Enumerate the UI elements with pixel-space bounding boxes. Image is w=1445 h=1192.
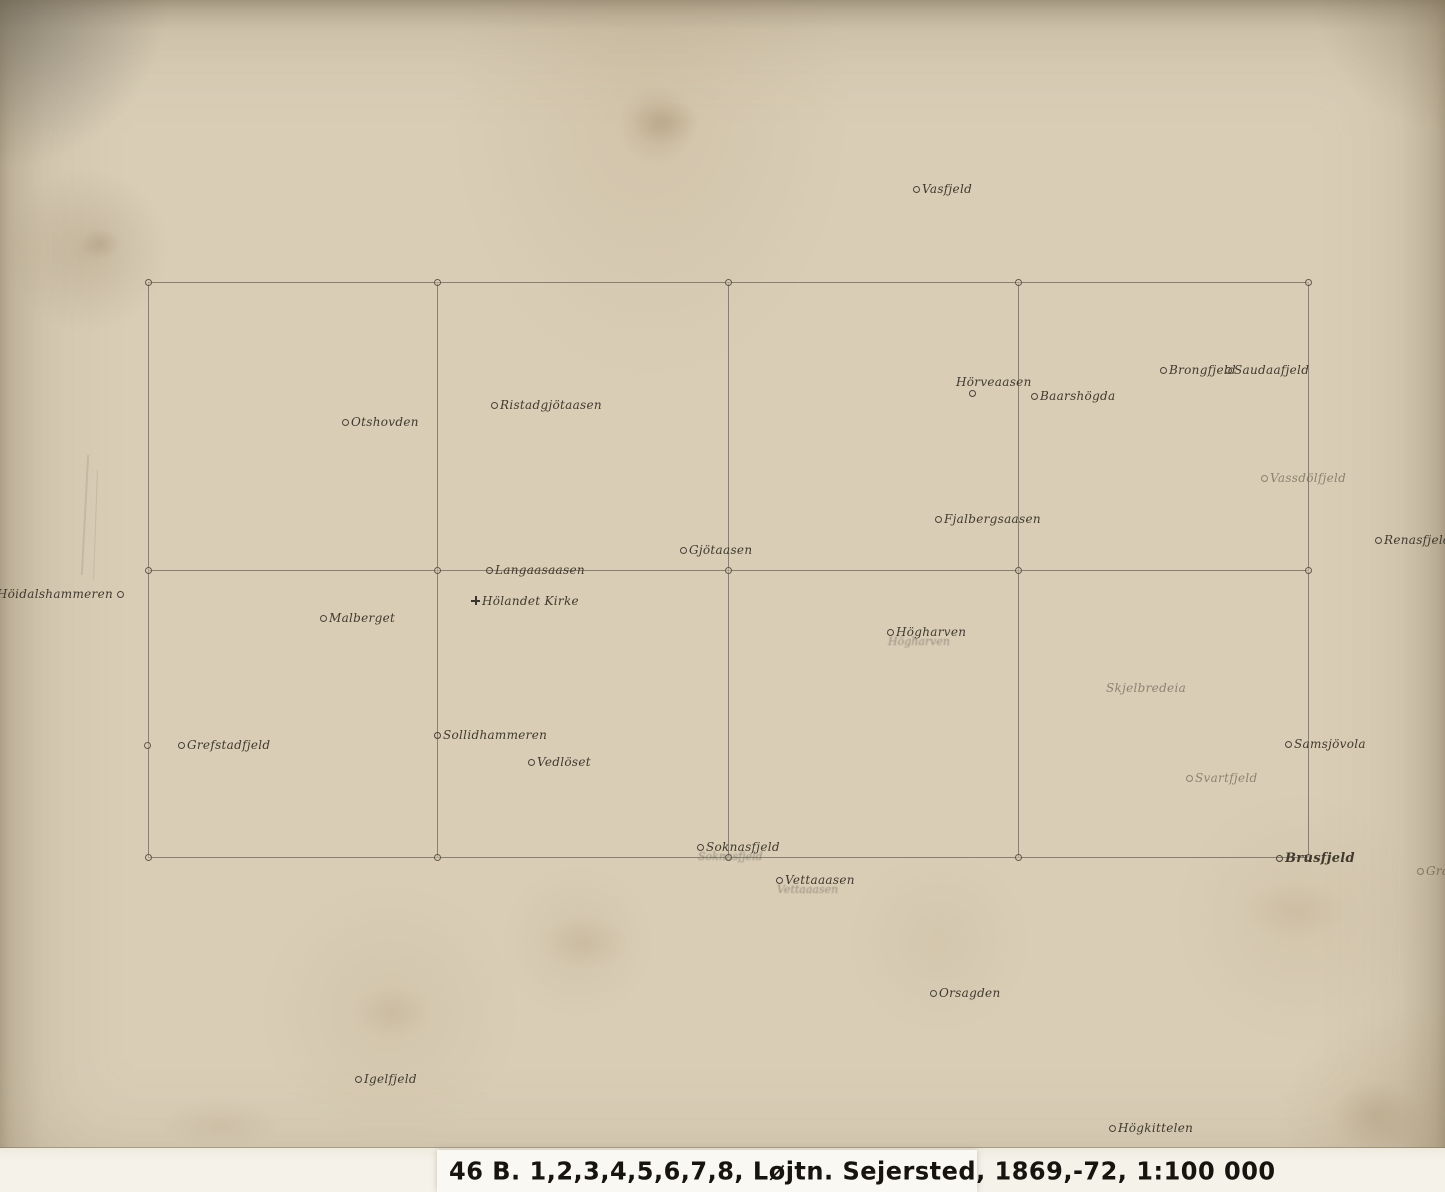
map-canvas: VasfjeldOtshovdenRistadgjötaasenHörveaas… [0,0,1445,1192]
place-name: Brusfjeld [1285,852,1355,865]
grid-corner-marker [434,854,441,861]
place-name: Svartfjeld [1195,772,1258,784]
place-name-pencil-ghost: Soknasfjeld [698,851,763,862]
circle-marker-icon [491,402,498,409]
circle-marker-icon [680,547,687,554]
grid-corner-marker [434,567,441,574]
place-name-pencil-ghost: Vettaaasen [777,884,838,895]
caption-text: 46 B. 1,2,3,4,5,6,7,8, Løjtn. Sejersted,… [449,1156,1276,1185]
circle-marker-icon [1261,475,1268,482]
place-name: Högkittelen [1118,1122,1193,1134]
place-name: Malberget [329,612,395,624]
place-name: Sollidhammeren [443,729,547,741]
circle-marker-icon [935,516,942,523]
grid-corner-marker [145,567,152,574]
circle-marker-icon [1276,855,1283,862]
place-name: Hölandet Kirke [482,595,579,607]
circle-marker-icon [1160,367,1167,374]
place-name: Renasfjeld [1384,534,1445,546]
circle-marker-icon [1417,868,1424,875]
place-name: Igelfjeld [364,1073,417,1085]
circle-marker-icon [1225,367,1232,374]
grid-corner-marker [1305,567,1312,574]
circle-marker-icon [1031,393,1038,400]
place-name: Vasfjeld [922,183,972,195]
place-name: Fjalbergsaasen [944,513,1041,525]
grid-corner-marker [725,567,732,574]
caption-card: 46 B. 1,2,3,4,5,6,7,8, Løjtn. Sejersted,… [437,1150,977,1192]
grid-corner-marker [725,279,732,286]
place-name: Saudaafjeld [1234,364,1309,376]
place-name: Vassdölfjeld [1270,472,1346,484]
circle-marker-icon [913,186,920,193]
grid-corner-marker [145,854,152,861]
circle-marker-icon [486,567,493,574]
place-name: Grefstadfjeld [187,739,270,751]
caption-strip: 46 B. 1,2,3,4,5,6,7,8, Løjtn. Sejersted,… [0,1148,1445,1192]
place-name: Samsjövola [1294,738,1366,750]
circle-marker-icon [1186,775,1193,782]
grid-corner-marker [145,279,152,286]
circle-marker-icon [1375,537,1382,544]
place-name: Otshovden [351,416,419,428]
circle-marker-icon [528,759,535,766]
circle-marker-icon [434,732,441,739]
circle-marker-icon [1109,1125,1116,1132]
circle-marker-icon [178,742,185,749]
place-name: Gjötaasen [689,544,752,556]
place-name: Baarshögda [1040,390,1116,402]
extra-point-marker [144,742,151,749]
circle-marker-icon [117,591,124,598]
circle-marker-icon [969,390,976,397]
circle-marker-icon [342,419,349,426]
grid-corner-marker [434,279,441,286]
place-name: Ristadgjötaasen [500,399,602,411]
place-name-pencil-ghost: Högharven [888,636,950,647]
place-name: Orsagden [939,987,1000,999]
place-name: Grasaasen [1426,865,1445,877]
place-name: Langaasaasen [495,564,585,576]
circle-marker-icon [355,1076,362,1083]
map-sheet: VasfjeldOtshovdenRistadgjötaasenHörveaas… [0,0,1445,1192]
place-name: Höidalshammeren [0,588,113,600]
grid-corner-marker [1015,567,1022,574]
grid-corner-marker [1015,854,1022,861]
grid-corner-marker [1015,279,1022,286]
circle-marker-icon [1285,741,1292,748]
circle-marker-icon [320,615,327,622]
grid-corner-marker [1305,279,1312,286]
circle-marker-icon [930,990,937,997]
church-cross-icon [471,596,480,605]
place-name: Hörveaasen [956,376,1032,388]
place-name: Vedlöset [537,756,591,768]
place-name: Skjelbredeia [1106,682,1186,694]
